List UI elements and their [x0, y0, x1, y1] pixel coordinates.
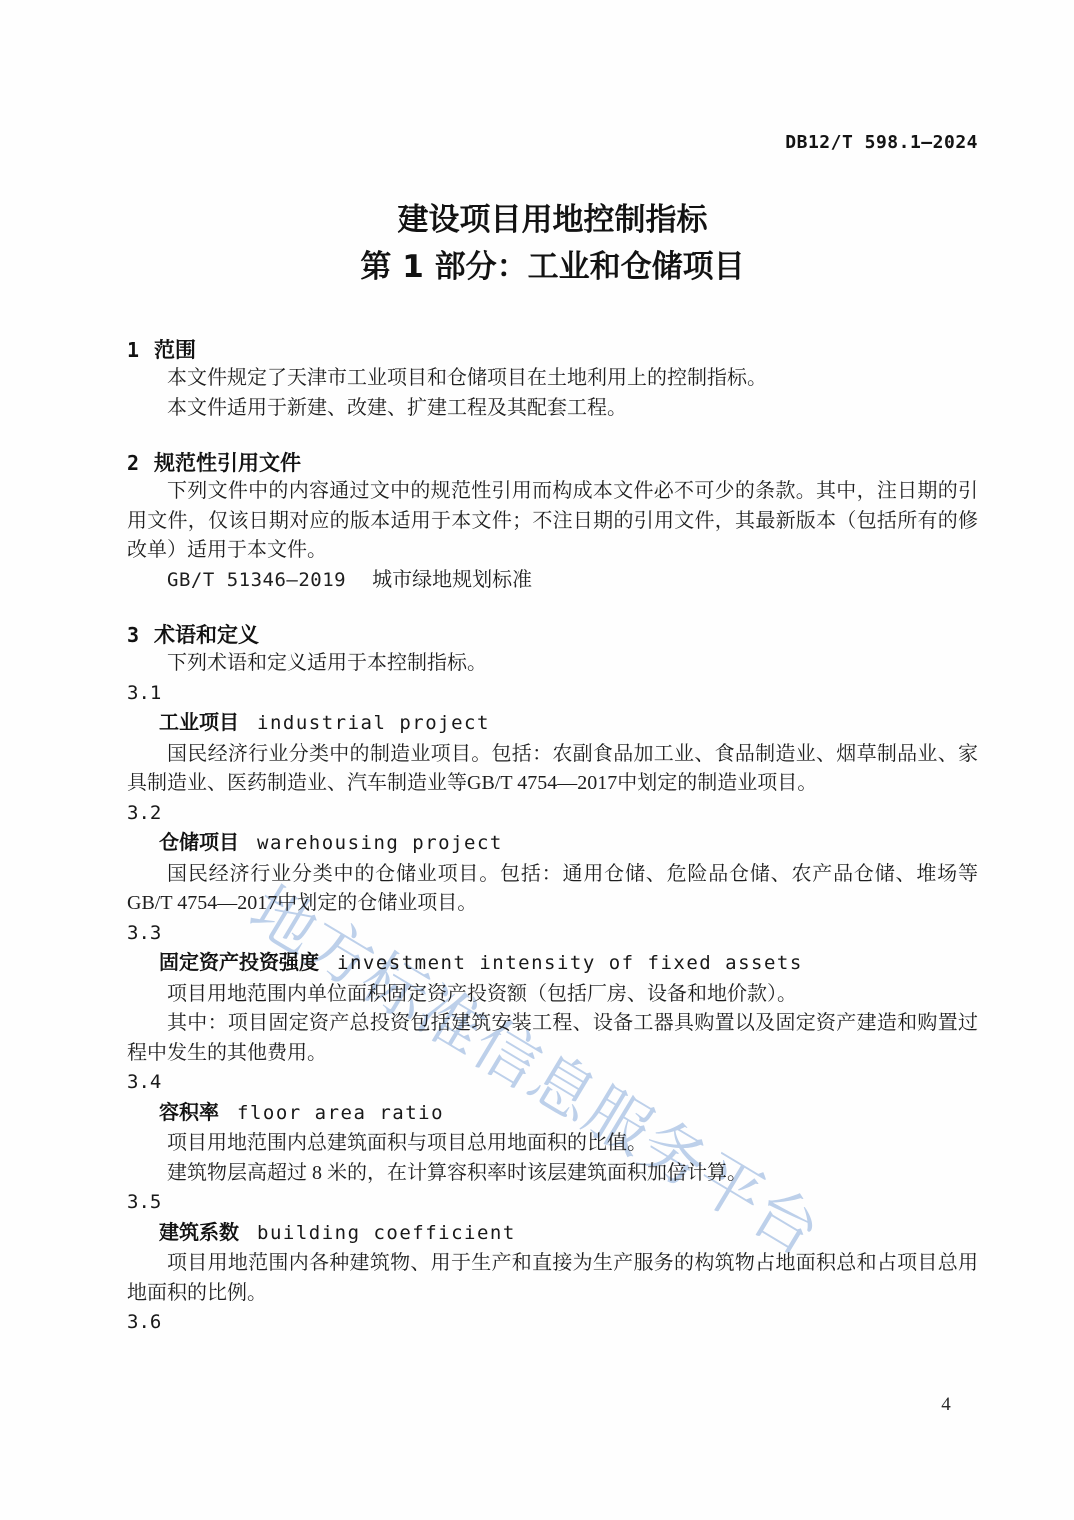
document-page: 地方标准信息服务平台 DB12/T 598.1—2024 建设项目用地控制指标 … — [0, 0, 1074, 1520]
section-heading-scope: 1范围 — [127, 337, 978, 364]
reference-title: 城市绿地规划标准 — [372, 569, 532, 591]
term-chinese: 工业项目 — [159, 710, 239, 734]
term-english: investment intensity of fixed assets — [337, 952, 803, 974]
section-number: 2 — [127, 451, 139, 475]
reference-entry: GB/T 51346—2019城市绿地规划标准 — [127, 566, 978, 596]
section-heading-terms: 3术语和定义 — [127, 622, 978, 649]
term-english: warehousing project — [257, 832, 503, 854]
term-english: industrial project — [257, 712, 490, 734]
term-chinese: 仓储项目 — [159, 830, 239, 854]
clause-number-3-6: 3.6 — [127, 1308, 978, 1338]
term-english: floor area ratio — [237, 1102, 444, 1124]
section-label: 术语和定义 — [154, 623, 259, 647]
standard-code: DB12/T 598.1—2024 — [127, 131, 978, 155]
term-definition: 项目用地范围内总建筑面积与项目总用地面积的比值。 — [127, 1129, 978, 1159]
term-definition: 建筑物层高超过 8 米的，在计算容积率时该层建筑面积加倍计算。 — [127, 1159, 978, 1189]
clause-number-3-1: 3.1 — [127, 679, 978, 709]
section-label: 规范性引用文件 — [154, 451, 301, 475]
reference-code: GB/T 51346—2019 — [167, 569, 346, 591]
clause-number-3-3: 3.3 — [127, 919, 978, 949]
paragraph-terms-intro: 下列术语和定义适用于本控制指标。 — [127, 649, 978, 679]
paragraph-scope-2: 本文件适用于新建、改建、扩建工程及其配套工程。 — [127, 394, 978, 424]
term-chinese: 容积率 — [159, 1100, 219, 1124]
page-number: 4 — [936, 1394, 956, 1416]
term-entry: 工业项目industrial project — [127, 708, 978, 740]
page-content: DB12/T 598.1—2024 建设项目用地控制指标 第 1 部分：工业和仓… — [127, 0, 978, 1338]
section-number: 1 — [127, 338, 139, 362]
term-definition: 项目用地范围内各种建筑物、用于生产和直接为生产服务的构筑物占地面积总和占项目总用… — [127, 1249, 978, 1308]
term-english: building coefficient — [257, 1222, 516, 1244]
paragraph-scope-1: 本文件规定了天津市工业项目和仓储项目在土地利用上的控制指标。 — [127, 364, 978, 394]
term-entry: 容积率floor area ratio — [127, 1098, 978, 1130]
document-title: 建设项目用地控制指标 第 1 部分：工业和仓储项目 — [127, 197, 978, 291]
section-label: 范围 — [154, 338, 196, 362]
document-title-line-1: 建设项目用地控制指标 — [127, 197, 978, 244]
term-definition: 国民经济行业分类中的仓储业项目。包括：通用仓储、危险品仓储、农产品仓储、堆场等G… — [127, 860, 978, 919]
clause-number-3-4: 3.4 — [127, 1068, 978, 1098]
term-definition: 其中：项目固定资产总投资包括建筑安装工程、设备工器具购置以及固定资产建造和购置过… — [127, 1009, 978, 1068]
section-number: 3 — [127, 623, 139, 647]
term-entry: 建筑系数building coefficient — [127, 1218, 978, 1250]
clause-number-3-5: 3.5 — [127, 1188, 978, 1218]
clause-number-3-2: 3.2 — [127, 799, 978, 829]
term-chinese: 固定资产投资强度 — [159, 950, 319, 974]
section-heading-references: 2规范性引用文件 — [127, 450, 978, 477]
term-definition: 国民经济行业分类中的制造业项目。包括：农副食品加工业、食品制造业、烟草制品业、家… — [127, 740, 978, 799]
term-definition: 项目用地范围内单位面积固定资产投资额（包括厂房、设备和地价款）。 — [127, 980, 978, 1010]
term-entry: 仓储项目warehousing project — [127, 828, 978, 860]
term-chinese: 建筑系数 — [159, 1220, 239, 1244]
paragraph-references: 下列文件中的内容通过文中的规范性引用而构成本文件必不可少的条款。其中，注日期的引… — [127, 477, 978, 566]
term-entry: 固定资产投资强度investment intensity of fixed as… — [127, 948, 978, 980]
document-title-line-2: 第 1 部分：工业和仓储项目 — [127, 244, 978, 291]
